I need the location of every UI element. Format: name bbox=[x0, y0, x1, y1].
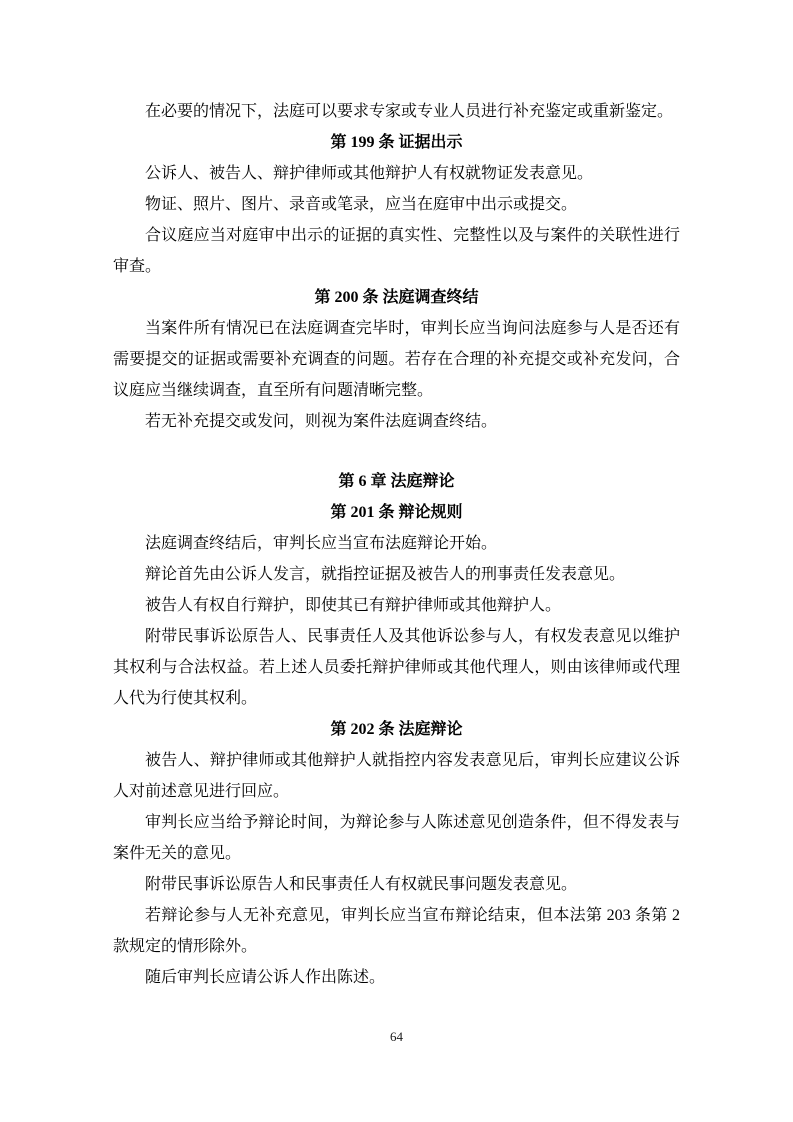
article-heading: 第 199 条 证据出示 bbox=[113, 127, 680, 158]
page-number: 64 bbox=[0, 1028, 793, 1046]
paragraph: 在必要的情况下，法庭可以要求专家或专业人员进行补充鉴定或重新鉴定。 bbox=[113, 96, 680, 127]
paragraph: 附带民事诉讼原告人和民事责任人有权就民事问题发表意见。 bbox=[113, 869, 680, 900]
article-heading: 第 201 条 辩论规则 bbox=[113, 497, 680, 528]
document-content: 在必要的情况下，法庭可以要求专家或专业人员进行补充鉴定或重新鉴定。第 199 条… bbox=[113, 96, 680, 993]
chapter-heading: 第 6 章 法庭辩论 bbox=[113, 466, 680, 497]
paragraph: 被告人、辩护律师或其他辩护人就指控内容发表意见后，审判长应建议公诉人对前述意见进… bbox=[113, 745, 680, 807]
article-heading: 第 202 条 法庭辩论 bbox=[113, 714, 680, 745]
paragraph: 法庭调查终结后，审判长应当宣布法庭辩论开始。 bbox=[113, 528, 680, 559]
paragraph: 被告人有权自行辩护，即使其已有辩护律师或其他辩护人。 bbox=[113, 590, 680, 621]
spacer bbox=[113, 437, 680, 466]
paragraph: 辩论首先由公诉人发言，就指控证据及被告人的刑事责任发表意见。 bbox=[113, 559, 680, 590]
paragraph: 若无补充提交或发问，则视为案件法庭调查终结。 bbox=[113, 406, 680, 437]
paragraph: 审判长应当给予辩论时间，为辩论参与人陈述意见创造条件，但不得发表与案件无关的意见… bbox=[113, 807, 680, 869]
paragraph: 随后审判长应请公诉人作出陈述。 bbox=[113, 962, 680, 993]
paragraph: 合议庭应当对庭审中出示的证据的真实性、完整性以及与案件的关联性进行审查。 bbox=[113, 220, 680, 282]
paragraph: 物证、照片、图片、录音或笔录，应当在庭审中出示或提交。 bbox=[113, 189, 680, 220]
paragraph: 若辩论参与人无补充意见，审判长应当宣布辩论结束，但本法第 203 条第 2 款规… bbox=[113, 900, 680, 962]
paragraph: 公诉人、被告人、辩护律师或其他辩护人有权就物证发表意见。 bbox=[113, 158, 680, 189]
paragraph: 附带民事诉讼原告人、民事责任人及其他诉讼参与人，有权发表意见以维护其权利与合法权… bbox=[113, 621, 680, 714]
document-page: 在必要的情况下，法庭可以要求专家或专业人员进行补充鉴定或重新鉴定。第 199 条… bbox=[0, 0, 793, 1122]
paragraph: 当案件所有情况已在法庭调查完毕时，审判长应当询问法庭参与人是否还有需要提交的证据… bbox=[113, 313, 680, 406]
article-heading: 第 200 条 法庭调查终结 bbox=[113, 282, 680, 313]
